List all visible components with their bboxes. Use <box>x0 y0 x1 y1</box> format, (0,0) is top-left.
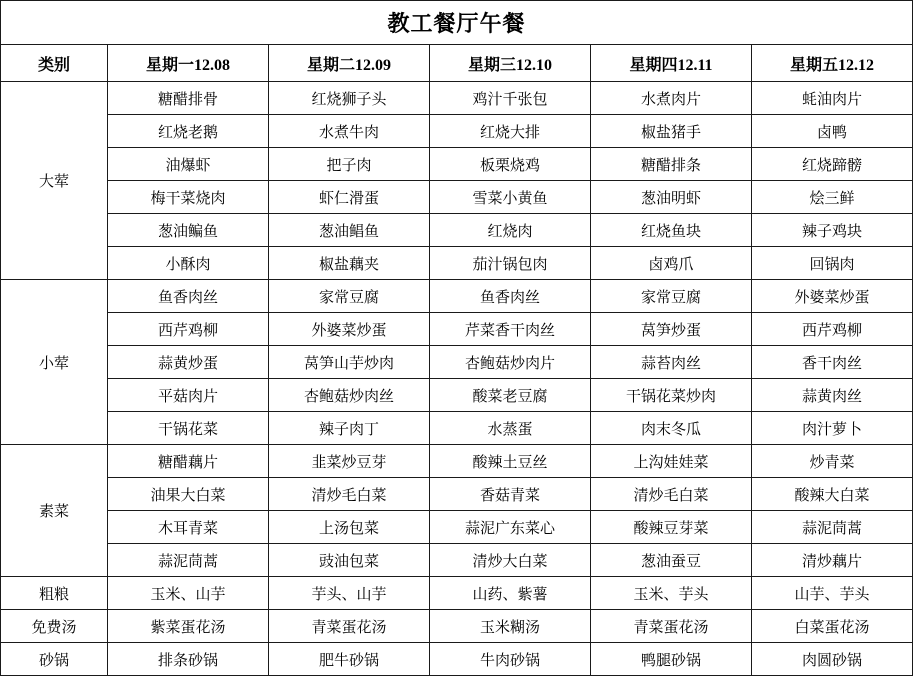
dish-cell: 韭菜炒豆芽 <box>269 445 430 478</box>
dish-cell: 西芹鸡柳 <box>108 313 269 346</box>
day-column-header: 星期二12.09 <box>269 45 430 82</box>
dish-cell: 蒜黄炒蛋 <box>108 346 269 379</box>
dish-cell: 紫菜蛋花汤 <box>108 610 269 643</box>
dish-cell: 酸菜老豆腐 <box>430 379 591 412</box>
dish-cell: 木耳青菜 <box>108 511 269 544</box>
menu-row: 蒜黄炒蛋莴笋山芋炒肉杏鲍菇炒肉片蒜苔肉丝香干肉丝 <box>1 346 913 379</box>
category-cell: 素菜 <box>1 445 108 577</box>
dish-cell: 辣子肉丁 <box>269 412 430 445</box>
menu-page: 教工餐厅午餐 类别星期一12.08星期二12.09星期三12.10星期四12.1… <box>0 0 914 681</box>
dish-cell: 油爆虾 <box>108 148 269 181</box>
dish-cell: 青菜蛋花汤 <box>591 610 752 643</box>
dish-cell: 雪菜小黄鱼 <box>430 181 591 214</box>
dish-cell: 糖醋藕片 <box>108 445 269 478</box>
dish-cell: 葱油蚕豆 <box>591 544 752 577</box>
menu-row: 油爆虾把子肉板栗烧鸡糖醋排条红烧蹄髈 <box>1 148 913 181</box>
header-row: 类别星期一12.08星期二12.09星期三12.10星期四12.11星期五12.… <box>1 45 913 82</box>
dish-cell: 红烧蹄髈 <box>752 148 913 181</box>
dish-cell: 干锅花菜 <box>108 412 269 445</box>
dish-cell: 红烧大排 <box>430 115 591 148</box>
dish-cell: 杏鲍菇炒肉丝 <box>269 379 430 412</box>
dish-cell: 回锅肉 <box>752 247 913 280</box>
dish-cell: 平菇肉片 <box>108 379 269 412</box>
day-column-header: 星期三12.10 <box>430 45 591 82</box>
dish-cell: 水煮肉片 <box>591 82 752 115</box>
dish-cell: 蒜泥广东菜心 <box>430 511 591 544</box>
day-column-header: 星期四12.11 <box>591 45 752 82</box>
menu-row: 油果大白菜清炒毛白菜香菇青菜清炒毛白菜酸辣大白菜 <box>1 478 913 511</box>
dish-cell: 山芋、芋头 <box>752 577 913 610</box>
day-column-header: 星期五12.12 <box>752 45 913 82</box>
dish-cell: 卤鸡爪 <box>591 247 752 280</box>
dish-cell: 鱼香肉丝 <box>430 280 591 313</box>
dish-cell: 红烧狮子头 <box>269 82 430 115</box>
dish-cell: 辣子鸡块 <box>752 214 913 247</box>
category-cell: 粗粮 <box>1 577 108 610</box>
dish-cell: 鸡汁千张包 <box>430 82 591 115</box>
menu-row: 大荤糖醋排骨红烧狮子头鸡汁千张包水煮肉片蚝油肉片 <box>1 82 913 115</box>
dish-cell: 蚝油肉片 <box>752 82 913 115</box>
page-title: 教工餐厅午餐 <box>1 1 913 45</box>
dish-cell: 外婆菜炒蛋 <box>269 313 430 346</box>
dish-cell: 椒盐猪手 <box>591 115 752 148</box>
dish-cell: 玉米、芋头 <box>591 577 752 610</box>
dish-cell: 椒盐藕夹 <box>269 247 430 280</box>
dish-cell: 玉米、山芋 <box>108 577 269 610</box>
dish-cell: 家常豆腐 <box>591 280 752 313</box>
menu-row: 梅干菜烧肉虾仁滑蛋雪菜小黄鱼葱油明虾烩三鲜 <box>1 181 913 214</box>
dish-cell: 干锅花菜炒肉 <box>591 379 752 412</box>
menu-row: 平菇肉片杏鲍菇炒肉丝酸菜老豆腐干锅花菜炒肉蒜黄肉丝 <box>1 379 913 412</box>
dish-cell: 卤鸭 <box>752 115 913 148</box>
dish-cell: 炒青菜 <box>752 445 913 478</box>
menu-row: 葱油鳊鱼葱油鲳鱼红烧肉红烧鱼块辣子鸡块 <box>1 214 913 247</box>
dish-cell: 玉米糊汤 <box>430 610 591 643</box>
dish-cell: 肉末冬瓜 <box>591 412 752 445</box>
menu-row: 西芹鸡柳外婆菜炒蛋芹菜香干肉丝莴笋炒蛋西芹鸡柳 <box>1 313 913 346</box>
dish-cell: 杏鲍菇炒肉片 <box>430 346 591 379</box>
dish-cell: 糖醋排骨 <box>108 82 269 115</box>
menu-row: 小酥肉椒盐藕夹茄汁锅包肉卤鸡爪回锅肉 <box>1 247 913 280</box>
dish-cell: 板栗烧鸡 <box>430 148 591 181</box>
day-column-header: 星期一12.08 <box>108 45 269 82</box>
dish-cell: 鸭腿砂锅 <box>591 643 752 676</box>
dish-cell: 排条砂锅 <box>108 643 269 676</box>
dish-cell: 莴笋山芋炒肉 <box>269 346 430 379</box>
dish-cell: 青菜蛋花汤 <box>269 610 430 643</box>
menu-row: 免费汤紫菜蛋花汤青菜蛋花汤玉米糊汤青菜蛋花汤白菜蛋花汤 <box>1 610 913 643</box>
menu-row: 粗粮玉米、山芋芋头、山芋山药、紫薯玉米、芋头山芋、芋头 <box>1 577 913 610</box>
dish-cell: 肥牛砂锅 <box>269 643 430 676</box>
dish-cell: 葱油明虾 <box>591 181 752 214</box>
menu-row: 干锅花菜辣子肉丁水蒸蛋肉末冬瓜肉汁萝卜 <box>1 412 913 445</box>
dish-cell: 酸辣豆芽菜 <box>591 511 752 544</box>
dish-cell: 茄汁锅包肉 <box>430 247 591 280</box>
dish-cell: 红烧鱼块 <box>591 214 752 247</box>
menu-row: 小荤鱼香肉丝家常豆腐鱼香肉丝家常豆腐外婆菜炒蛋 <box>1 280 913 313</box>
dish-cell: 蒜黄肉丝 <box>752 379 913 412</box>
dish-cell: 虾仁滑蛋 <box>269 181 430 214</box>
dish-cell: 上沟娃娃菜 <box>591 445 752 478</box>
dish-cell: 葱油鲳鱼 <box>269 214 430 247</box>
category-cell: 小荤 <box>1 280 108 445</box>
dish-cell: 烩三鲜 <box>752 181 913 214</box>
dish-cell: 酸辣土豆丝 <box>430 445 591 478</box>
dish-cell: 酸辣大白菜 <box>752 478 913 511</box>
dish-cell: 清炒大白菜 <box>430 544 591 577</box>
dish-cell: 上汤包菜 <box>269 511 430 544</box>
dish-cell: 鱼香肉丝 <box>108 280 269 313</box>
dish-cell: 外婆菜炒蛋 <box>752 280 913 313</box>
dish-cell: 把子肉 <box>269 148 430 181</box>
dish-cell: 油果大白菜 <box>108 478 269 511</box>
dish-cell: 水蒸蛋 <box>430 412 591 445</box>
menu-row: 木耳青菜上汤包菜蒜泥广东菜心酸辣豆芽菜蒜泥茼蒿 <box>1 511 913 544</box>
dish-cell: 家常豆腐 <box>269 280 430 313</box>
dish-cell: 清炒藕片 <box>752 544 913 577</box>
category-column-header: 类别 <box>1 45 108 82</box>
dish-cell: 红烧肉 <box>430 214 591 247</box>
dish-cell: 西芹鸡柳 <box>752 313 913 346</box>
dish-cell: 小酥肉 <box>108 247 269 280</box>
dish-cell: 豉油包菜 <box>269 544 430 577</box>
menu-table: 教工餐厅午餐 类别星期一12.08星期二12.09星期三12.10星期四12.1… <box>0 0 913 676</box>
dish-cell: 梅干菜烧肉 <box>108 181 269 214</box>
dish-cell: 清炒毛白菜 <box>591 478 752 511</box>
dish-cell: 糖醋排条 <box>591 148 752 181</box>
dish-cell: 红烧老鹅 <box>108 115 269 148</box>
dish-cell: 水煮牛肉 <box>269 115 430 148</box>
dish-cell: 白菜蛋花汤 <box>752 610 913 643</box>
dish-cell: 山药、紫薯 <box>430 577 591 610</box>
dish-cell: 清炒毛白菜 <box>269 478 430 511</box>
dish-cell: 葱油鳊鱼 <box>108 214 269 247</box>
dish-cell: 香干肉丝 <box>752 346 913 379</box>
dish-cell: 芹菜香干肉丝 <box>430 313 591 346</box>
dish-cell: 肉汁萝卜 <box>752 412 913 445</box>
title-row: 教工餐厅午餐 <box>1 1 913 45</box>
dish-cell: 蒜泥茼蒿 <box>108 544 269 577</box>
menu-row: 素菜糖醋藕片韭菜炒豆芽酸辣土豆丝上沟娃娃菜炒青菜 <box>1 445 913 478</box>
dish-cell: 莴笋炒蛋 <box>591 313 752 346</box>
menu-row: 砂锅排条砂锅肥牛砂锅牛肉砂锅鸭腿砂锅肉圆砂锅 <box>1 643 913 676</box>
dish-cell: 肉圆砂锅 <box>752 643 913 676</box>
menu-row: 蒜泥茼蒿豉油包菜清炒大白菜葱油蚕豆清炒藕片 <box>1 544 913 577</box>
dish-cell: 蒜苔肉丝 <box>591 346 752 379</box>
dish-cell: 蒜泥茼蒿 <box>752 511 913 544</box>
menu-row: 红烧老鹅水煮牛肉红烧大排椒盐猪手卤鸭 <box>1 115 913 148</box>
category-cell: 大荤 <box>1 82 108 280</box>
dish-cell: 香菇青菜 <box>430 478 591 511</box>
dish-cell: 牛肉砂锅 <box>430 643 591 676</box>
dish-cell: 芋头、山芋 <box>269 577 430 610</box>
category-cell: 免费汤 <box>1 610 108 643</box>
category-cell: 砂锅 <box>1 643 108 676</box>
